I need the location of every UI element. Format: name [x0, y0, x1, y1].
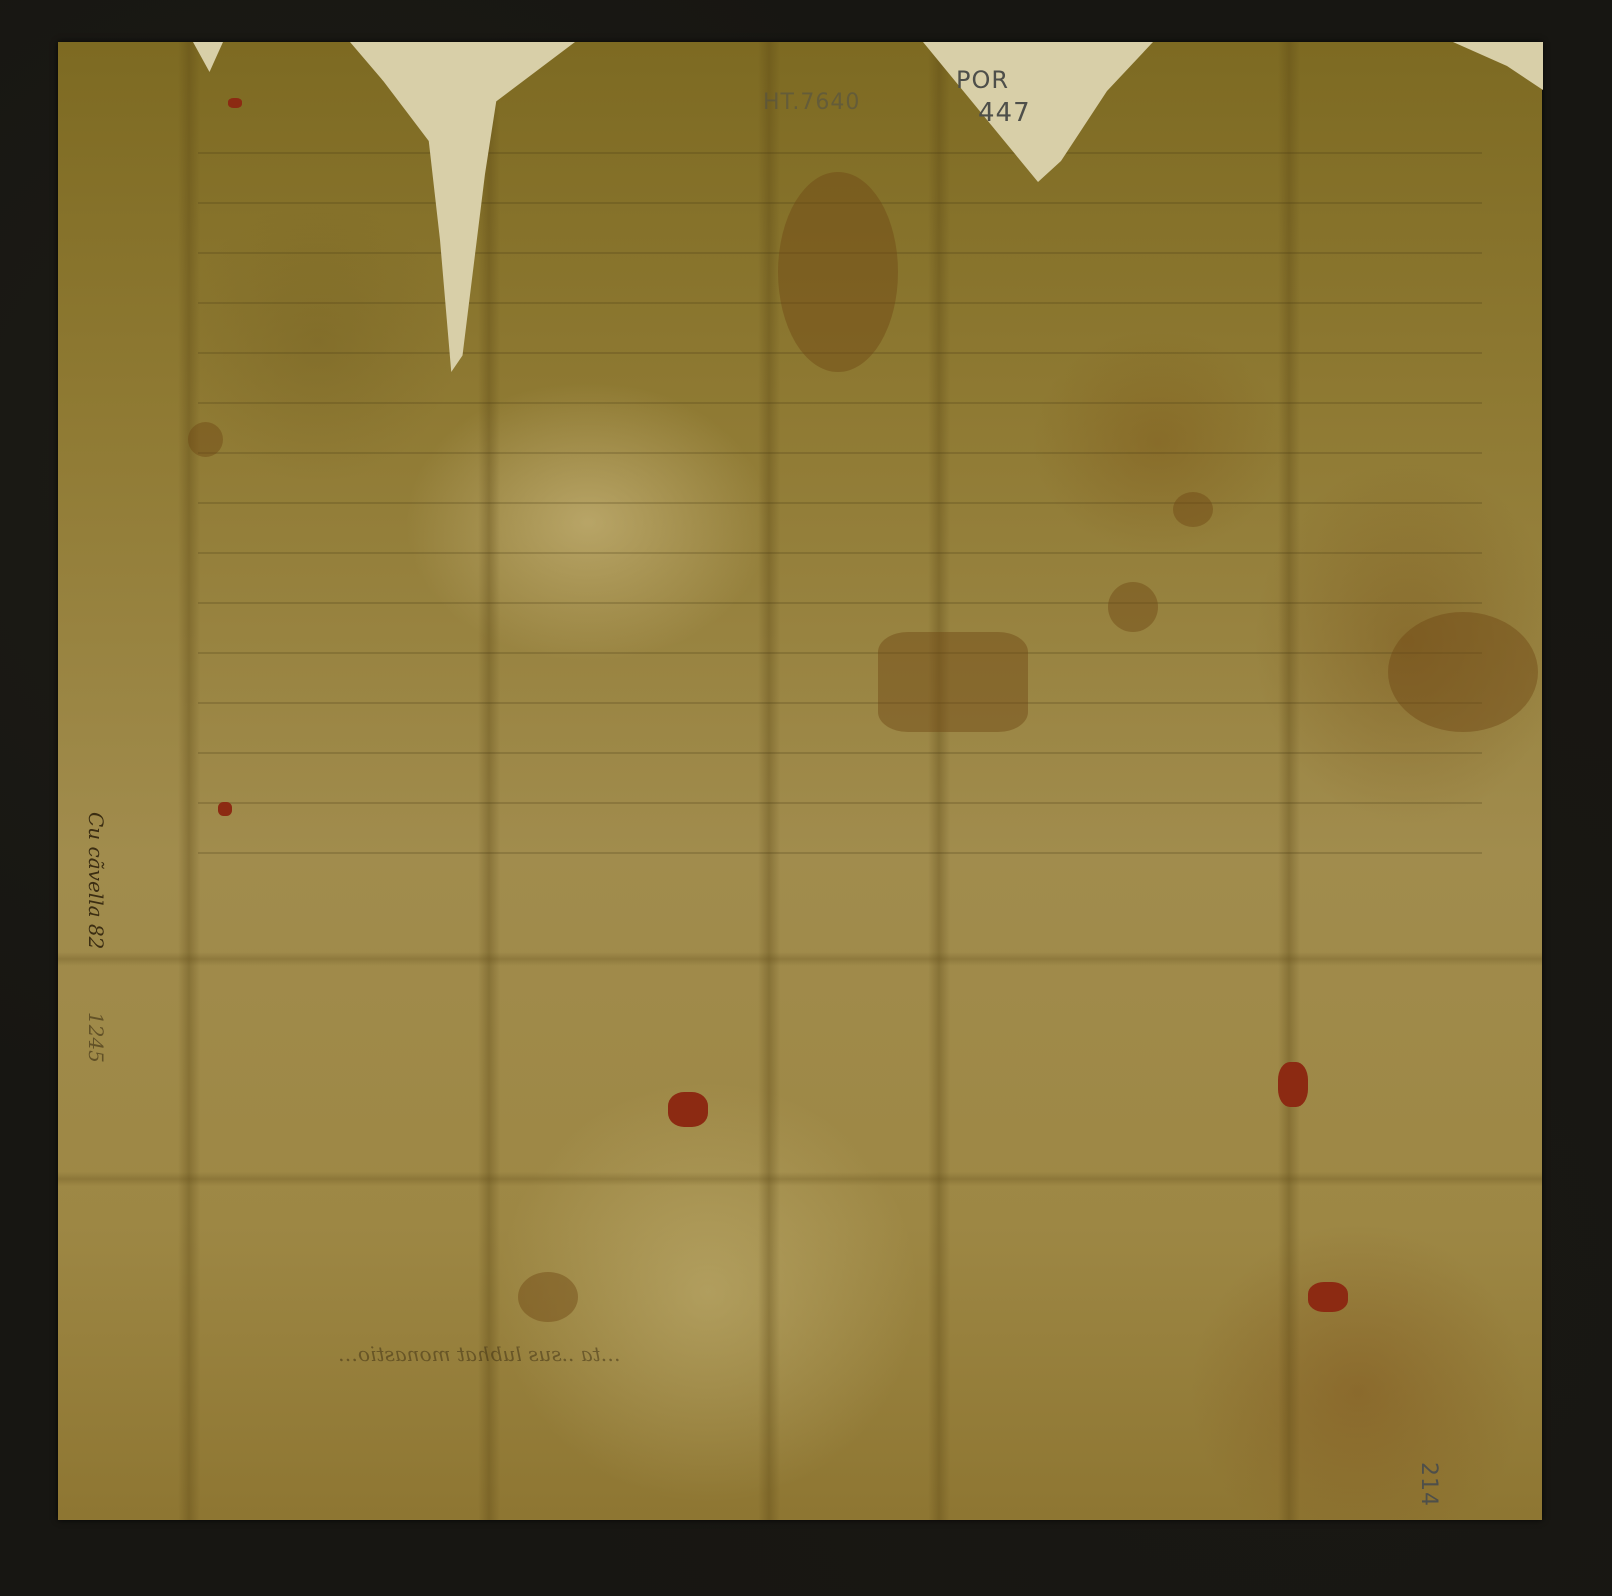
show-through-line: [198, 652, 1482, 654]
stain: [1108, 582, 1158, 632]
show-through-line: [198, 402, 1482, 404]
show-through-line: [198, 702, 1482, 704]
stain: [778, 172, 898, 372]
pencil-number: 447: [978, 98, 1031, 128]
show-through-line: [198, 852, 1482, 854]
show-through-line: [198, 802, 1482, 804]
stain: [1388, 612, 1538, 732]
fold-line: [928, 42, 950, 1520]
red-stain: [218, 802, 232, 816]
stain: [188, 422, 223, 457]
tear: [923, 42, 1153, 182]
show-through-line: [198, 452, 1482, 454]
fold-line: [58, 1172, 1542, 1186]
fold-line: [178, 42, 200, 1520]
red-stain: [228, 98, 242, 108]
stain: [1173, 492, 1213, 527]
show-through-line: [198, 152, 1482, 154]
folio-number: 214: [1416, 1462, 1441, 1507]
fold-line: [58, 952, 1542, 966]
left-endorsement: Cu cãvella 82: [84, 812, 108, 949]
show-through-line: [198, 502, 1482, 504]
red-stain: [1278, 1062, 1308, 1107]
red-stain: [668, 1092, 708, 1127]
stain: [518, 1272, 578, 1322]
fold-line: [758, 42, 780, 1520]
show-through-line: [198, 602, 1482, 604]
tear: [1453, 42, 1543, 102]
fold-line: [478, 42, 500, 1520]
mirrored-text: …ta ..sus lubhat monastio…: [338, 1342, 621, 1366]
red-stain: [1308, 1282, 1348, 1312]
show-through-line: [198, 752, 1482, 754]
stain: [878, 632, 1028, 732]
pencil-shelfmark: HT.7640: [763, 90, 860, 115]
tear: [350, 42, 575, 372]
left-date: 1245: [84, 1012, 108, 1063]
pencil-label-por: POR: [956, 66, 1009, 94]
show-through-line: [198, 552, 1482, 554]
parchment-sheet: HT.7640 POR 447 Cu cãvella 82 1245 …ta .…: [58, 42, 1542, 1520]
fold-line: [1278, 42, 1300, 1520]
